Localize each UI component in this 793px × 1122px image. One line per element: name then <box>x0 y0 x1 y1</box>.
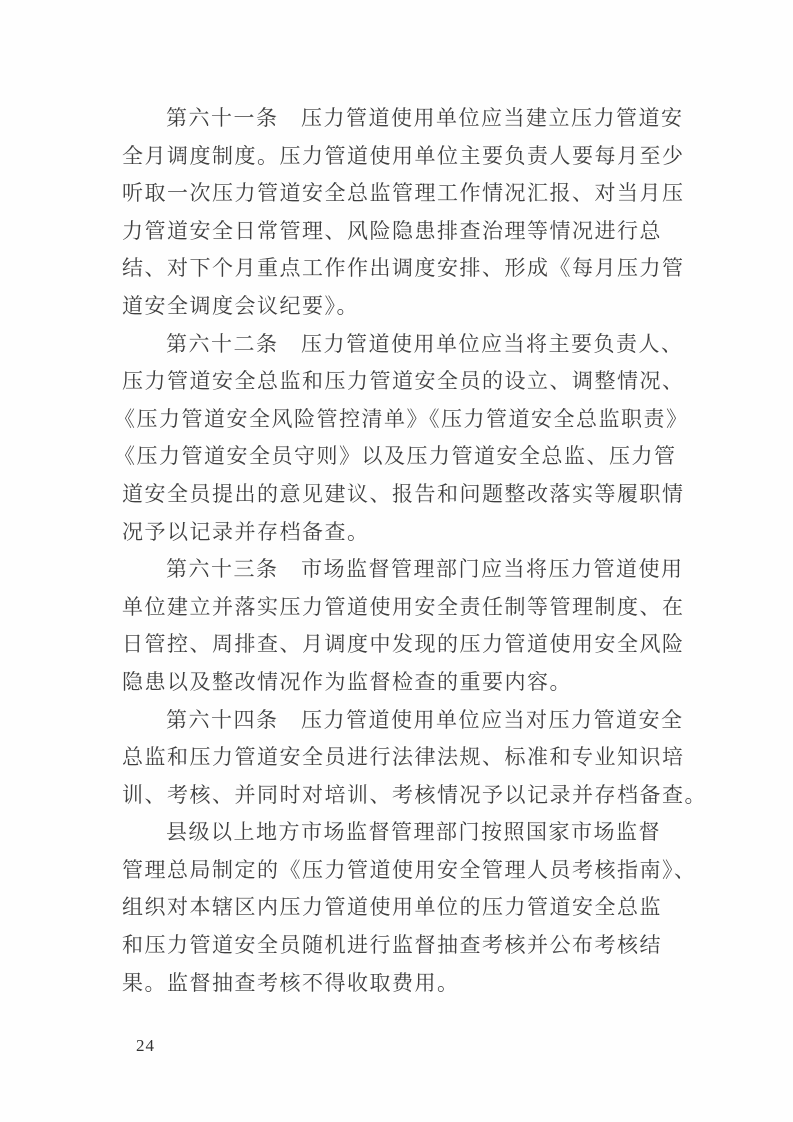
document-page: 第六十一条 压力管道使用单位应当建立压力管道安全月调度制度。压力管道使用单位主要… <box>0 0 793 1122</box>
text-line: 听取一次压力管道安全总监管理工作情况汇报、对当月压 <box>122 175 690 213</box>
text-line: 第六十一条 压力管道使用单位应当建立压力管道安 <box>122 100 690 138</box>
text-line: 县级以上地方市场监督管理部门按照国家市场监督 <box>122 814 690 852</box>
paragraph: 第六十一条 压力管道使用单位应当建立压力管道安全月调度制度。压力管道使用单位主要… <box>122 100 690 326</box>
text-line: 况予以记录并存档备查。 <box>122 514 690 552</box>
page-number: 24 <box>136 1036 155 1056</box>
text-line: 组织对本辖区内压力管道使用单位的压力管道安全总监 <box>122 889 690 927</box>
text-line: 第六十四条 压力管道使用单位应当对压力管道安全 <box>122 702 690 740</box>
text-line: 结、对下个月重点工作作出调度安排、形成《每月压力管 <box>122 250 690 288</box>
text-line: 果。监督抽查考核不得收取费用。 <box>122 965 690 1003</box>
paragraph: 第六十二条 压力管道使用单位应当将主要负责人、压力管道安全总监和压力管道安全员的… <box>122 326 690 552</box>
text-line: 道安全员提出的意见建议、报告和问题整改落实等履职情 <box>122 476 690 514</box>
text-line: 隐患以及整改情况作为监督检查的重要内容。 <box>122 664 690 702</box>
text-line: 《压力管道安全风险管控清单》《压力管道安全总监职责》 <box>114 401 690 439</box>
text-line: 单位建立并落实压力管道使用安全责任制等管理制度、在 <box>122 589 690 627</box>
text-line: 全月调度制度。压力管道使用单位主要负责人要每月至少 <box>122 138 690 176</box>
text-line: 管理总局制定的《压力管道使用安全管理人员考核指南》、 <box>122 852 690 890</box>
text-line: 道安全调度会议纪要》。 <box>122 288 690 326</box>
paragraph: 第六十四条 压力管道使用单位应当对压力管道安全总监和压力管道安全员进行法律法规、… <box>122 702 690 815</box>
text-line: 压力管道安全总监和压力管道安全员的设立、调整情况、 <box>122 363 690 401</box>
paragraph: 第六十三条 市场监督管理部门应当将压力管道使用单位建立并落实压力管道使用安全责任… <box>122 551 690 701</box>
text-line: 力管道安全日常管理、风险隐患排查治理等情况进行总 <box>122 213 690 251</box>
text-line: 《压力管道安全员守则》以及压力管道安全总监、压力管 <box>114 438 690 476</box>
text-line: 第六十三条 市场监督管理部门应当将压力管道使用 <box>122 551 690 589</box>
text-line: 日管控、周排查、月调度中发现的压力管道使用安全风险 <box>122 626 690 664</box>
paragraph: 县级以上地方市场监督管理部门按照国家市场监督管理总局制定的《压力管道使用安全管理… <box>122 814 690 1002</box>
text-line: 和压力管道安全员随机进行监督抽查考核并公布考核结 <box>122 927 690 965</box>
text-block: 第六十一条 压力管道使用单位应当建立压力管道安全月调度制度。压力管道使用单位主要… <box>122 100 690 1002</box>
text-line: 总监和压力管道安全员进行法律法规、标准和专业知识培 <box>122 739 690 777</box>
text-line: 训、考核、并同时对培训、考核情况予以记录并存档备查。 <box>122 777 690 815</box>
text-line: 第六十二条 压力管道使用单位应当将主要负责人、 <box>122 326 690 364</box>
